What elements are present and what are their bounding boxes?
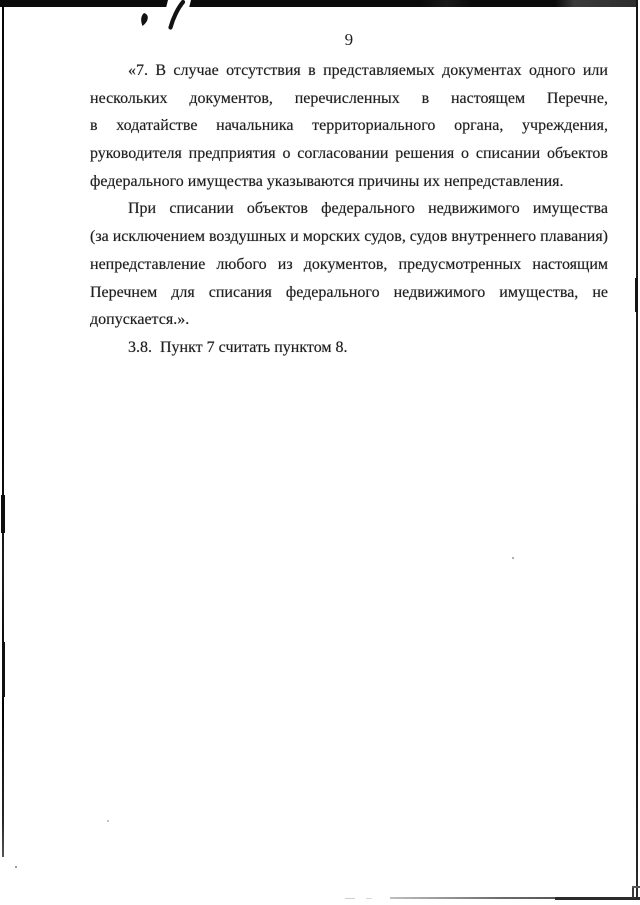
text-word: При [128, 195, 156, 223]
text-word: о [461, 140, 469, 168]
text-word: Перечне, [547, 85, 608, 113]
text-word: одного [529, 57, 575, 85]
text-word: начальника [216, 112, 293, 140]
text-word: перечисленных [295, 85, 400, 113]
text-word: недвижимого [428, 195, 520, 223]
scan-edge-right-blob [635, 278, 638, 312]
text-word: федерального [321, 195, 415, 223]
text-word: документов, [304, 251, 388, 279]
text-word: имущества [533, 195, 608, 223]
scan-speck [107, 820, 109, 822]
text-word: списания [209, 279, 272, 307]
text-word: судов, [364, 223, 406, 251]
text-word: плавания) [540, 223, 608, 251]
text-word: судов [410, 223, 448, 251]
text-line: несколькихдокументов,перечисленныхвнасто… [90, 85, 608, 113]
text-word: (за [90, 223, 109, 251]
text-word: В [155, 57, 166, 85]
pen-comma-mark [141, 13, 148, 26]
text-word: учреждения, [522, 112, 608, 140]
scan-edge-right [636, 0, 638, 899]
scan-edge-bottom-hook [632, 886, 640, 888]
text-word: Перечнем [90, 279, 157, 307]
text-word: территориального [312, 112, 435, 140]
text-word: руководителя [90, 140, 182, 168]
text-word: для [171, 279, 194, 307]
scan-edge-left [2, 6, 4, 857]
scan-edge-bottom-dash [345, 898, 355, 900]
scanned-document-page: 9 «7.Вслучаеотсутствиявпредставляемыхдок… [0, 0, 640, 905]
text-word: любого [216, 251, 266, 279]
text-word: в [90, 112, 98, 140]
scan-edge-left-blob [1, 495, 5, 533]
text-word: имущества, [499, 279, 578, 307]
scan-edge-top [0, 0, 638, 7]
text-word: внутреннего [451, 223, 536, 251]
text-word: недвижимого [394, 279, 486, 307]
text-word: списании [476, 140, 540, 168]
text-line: Присписанииобъектовфедеральногонедвижимо… [90, 195, 608, 223]
text-line: непредставлениелюбогоиздокументов,предус… [90, 251, 608, 279]
scan-edge-right-blob [636, 505, 639, 565]
scan-speck [512, 557, 514, 559]
text-word: воздушных [209, 223, 286, 251]
text-word: органа, [454, 112, 503, 140]
text-word: федерального [286, 279, 380, 307]
text-word: ходатайстве [116, 112, 197, 140]
text-line: допускается.». [90, 306, 608, 334]
text-word: объектов [547, 140, 608, 168]
text-word: о [282, 140, 290, 168]
text-line: Перечнемдлясписанияфедеральногонедвижимо… [90, 279, 608, 307]
text-line: 3.8. Пункт 7 считать пунктом 8. [90, 334, 608, 362]
text-word: «7. [128, 57, 148, 85]
page-number: 9 [90, 30, 608, 50]
text-line: входатайственачальникатерриториальногоор… [90, 112, 608, 140]
text-word: и [290, 223, 299, 251]
text-word: непредставление [90, 251, 205, 279]
text-word: предусмотренных [399, 251, 522, 279]
text-word: отсутствия [226, 57, 301, 85]
text-word: случае [173, 57, 218, 85]
document-text: «7.Вслучаеотсутствиявпредставляемыхдокум… [90, 57, 608, 362]
text-word: не [592, 279, 608, 307]
text-line: «7.Вслучаеотсутствиявпредставляемыхдокум… [90, 57, 608, 85]
text-word: предприятия [189, 140, 276, 168]
text-word: документов, [189, 85, 273, 113]
text-word: морских [303, 223, 361, 251]
text-word: списании [169, 195, 233, 223]
scan-edge-bottom-dash [366, 898, 372, 900]
text-word: из [278, 251, 293, 279]
scan-edge-bottom-dark [555, 897, 640, 900]
text-word: объектов [247, 195, 308, 223]
text-word: или [583, 57, 608, 85]
text-line: руководителяпредприятияосогласованииреше… [90, 140, 608, 168]
scan-speck [15, 866, 17, 868]
text-word: исключением [113, 223, 205, 251]
text-word: нескольких [90, 85, 168, 113]
text-word: в [308, 57, 316, 85]
text-line: (заисключениемвоздушныхиморскихсудов,суд… [90, 223, 608, 251]
text-word: согласовании [297, 140, 388, 168]
text-line: федерального имущества указываются причи… [90, 168, 608, 196]
text-word: в [422, 85, 430, 113]
scan-edge-left-blob [2, 642, 5, 697]
text-word: настоящим [532, 251, 608, 279]
text-word: решения [395, 140, 454, 168]
text-word: документах [442, 57, 522, 85]
text-word: представляемых [323, 57, 435, 85]
text-word: настоящем [451, 85, 525, 113]
